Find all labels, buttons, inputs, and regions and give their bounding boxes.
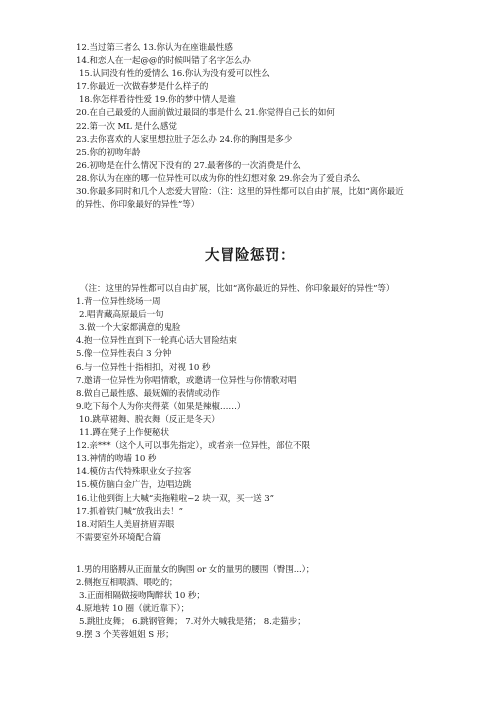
question-line: 28.你认为在座的哪一位异性可以成为你的性幻想对象 29.你会为了爱自杀么 bbox=[76, 173, 466, 186]
question-line: 25.你的初吻年龄 bbox=[76, 147, 466, 160]
question-line: 18.你怎样看待性爱 19.你的梦中情人是谁 bbox=[76, 94, 466, 107]
dare-list: （注：这里的异性都可以自由扩展，比如“离你最近的异性、你印象最好的异性”等） 1… bbox=[76, 283, 466, 545]
dare-item: 17.抓着铁门喊“放我出去！” bbox=[76, 506, 466, 519]
dare-item: 6.与一位异性十指相扣，对视 10 秒 bbox=[76, 362, 466, 375]
indoor-dare-item: 2.侧抱互相喂酒、喂吃的； bbox=[76, 577, 466, 590]
dare-item: 4.抱一位异性直到下一轮真心话大冒险结束 bbox=[76, 335, 466, 348]
dare-item: 18.对陌生人美眉挤眉弄眼 bbox=[76, 519, 466, 532]
dare-note: （注：这里的异性都可以自由扩展，比如“离你最近的异性、你印象最好的异性”等） bbox=[76, 283, 466, 296]
dare-item: 13.神情的吻墙 10 秒 bbox=[76, 453, 466, 466]
dare-item: 16.让他到街上大喊“卖拖鞋啦~2 块一双，买一送 3” bbox=[76, 493, 466, 506]
dare-item: 14.模仿古代特殊职业女子拉客 bbox=[76, 466, 466, 479]
question-line: 15.认同没有性的爱情么 16.你认为没有爱可以性么 bbox=[76, 68, 466, 81]
dare-section-title: 大冒险惩罚： bbox=[0, 244, 500, 265]
question-line: 30.你最多同时和几个人恋爱大冒险：（注：这里的异性都可以自由扩展，比如“离你最… bbox=[76, 186, 466, 199]
indoor-dare-item: 4.原地转 10 圈（就近靠下）； bbox=[76, 603, 466, 616]
indoor-dare-item: 1.男的用胳膊从正面量女的胸围 or 女的量男的腰围（臀围...）； bbox=[76, 564, 466, 577]
dare-item: 11.蹲在凳子上作便秘状 bbox=[76, 427, 466, 440]
truth-questions-list: 12.当过第三者么 13.你认为在座谁最性感 14.和恋人在一起@@的时候叫错了… bbox=[76, 42, 466, 212]
dare-item: 3.做一个大家都满意的鬼脸 bbox=[76, 322, 466, 335]
indoor-dare-item: 9.摆 3 个芙蓉姐姐 S 形； bbox=[76, 629, 466, 642]
dare-item: 2.唱青藏高原最后一句 bbox=[76, 309, 466, 322]
question-line: 14.和恋人在一起@@的时候叫错了名字怎么办 bbox=[76, 55, 466, 68]
dare-item: 8.做自己最性感、最妩媚的表情或动作 bbox=[76, 388, 466, 401]
dare-item: 12.亲***（这个人可以事先指定），或者亲一位异性，部位不限 bbox=[76, 440, 466, 453]
question-line: 12.当过第三者么 13.你认为在座谁最性感 bbox=[76, 42, 466, 55]
question-line: 23.去你喜欢的人家里想拉肚子怎么办 24.你的胸围是多少 bbox=[76, 134, 466, 147]
indoor-dare-item: 3.正面相隔做接吻陶醉状 10 秒； bbox=[76, 590, 466, 603]
subsection-title: 不需要室外环境配合篇 bbox=[76, 532, 466, 545]
indoor-dare-item: 5.跳肚皮舞； 6.跳钢管舞； 7.对外大喊我是猪； 8.走猫步； bbox=[76, 616, 466, 629]
dare-item: 1.背一位异性绕场一周 bbox=[76, 296, 466, 309]
question-line: 26.初吻是在什么情况下没有的 27.最奢侈的一次消费是什么 bbox=[76, 160, 466, 173]
dare-item: 5.像一位异性表白 3 分钟 bbox=[76, 348, 466, 361]
question-line: 17.你最近一次做春梦是什么样子的 bbox=[76, 81, 466, 94]
dare-item: 9.吃下每个人为你夹得菜（如果是辣椒……） bbox=[76, 401, 466, 414]
dare-item: 15.模仿脑白金广告，边唱边跳 bbox=[76, 479, 466, 492]
dare-item: 7.邀请一位异性为你唱情歌，或邀请一位异性与你情歌对唱 bbox=[76, 375, 466, 388]
question-line: 的异性、你印象最好的异性”等） bbox=[76, 199, 466, 212]
question-line: 22.第一次 ML 是什么感觉 bbox=[76, 121, 466, 134]
document-page: 12.当过第三者么 13.你认为在座谁最性感 14.和恋人在一起@@的时候叫错了… bbox=[0, 0, 500, 707]
dare-item: 10.跳草裙舞、脱衣舞（反正是冬天） bbox=[76, 414, 466, 427]
indoor-dare-list: 1.男的用胳膊从正面量女的胸围 or 女的量男的腰围（臀围...）； 2.侧抱互… bbox=[76, 564, 466, 643]
question-line: 20.在自己最爱的人面前做过最囧的事是什么 21.你觉得自己长的如何 bbox=[76, 107, 466, 120]
